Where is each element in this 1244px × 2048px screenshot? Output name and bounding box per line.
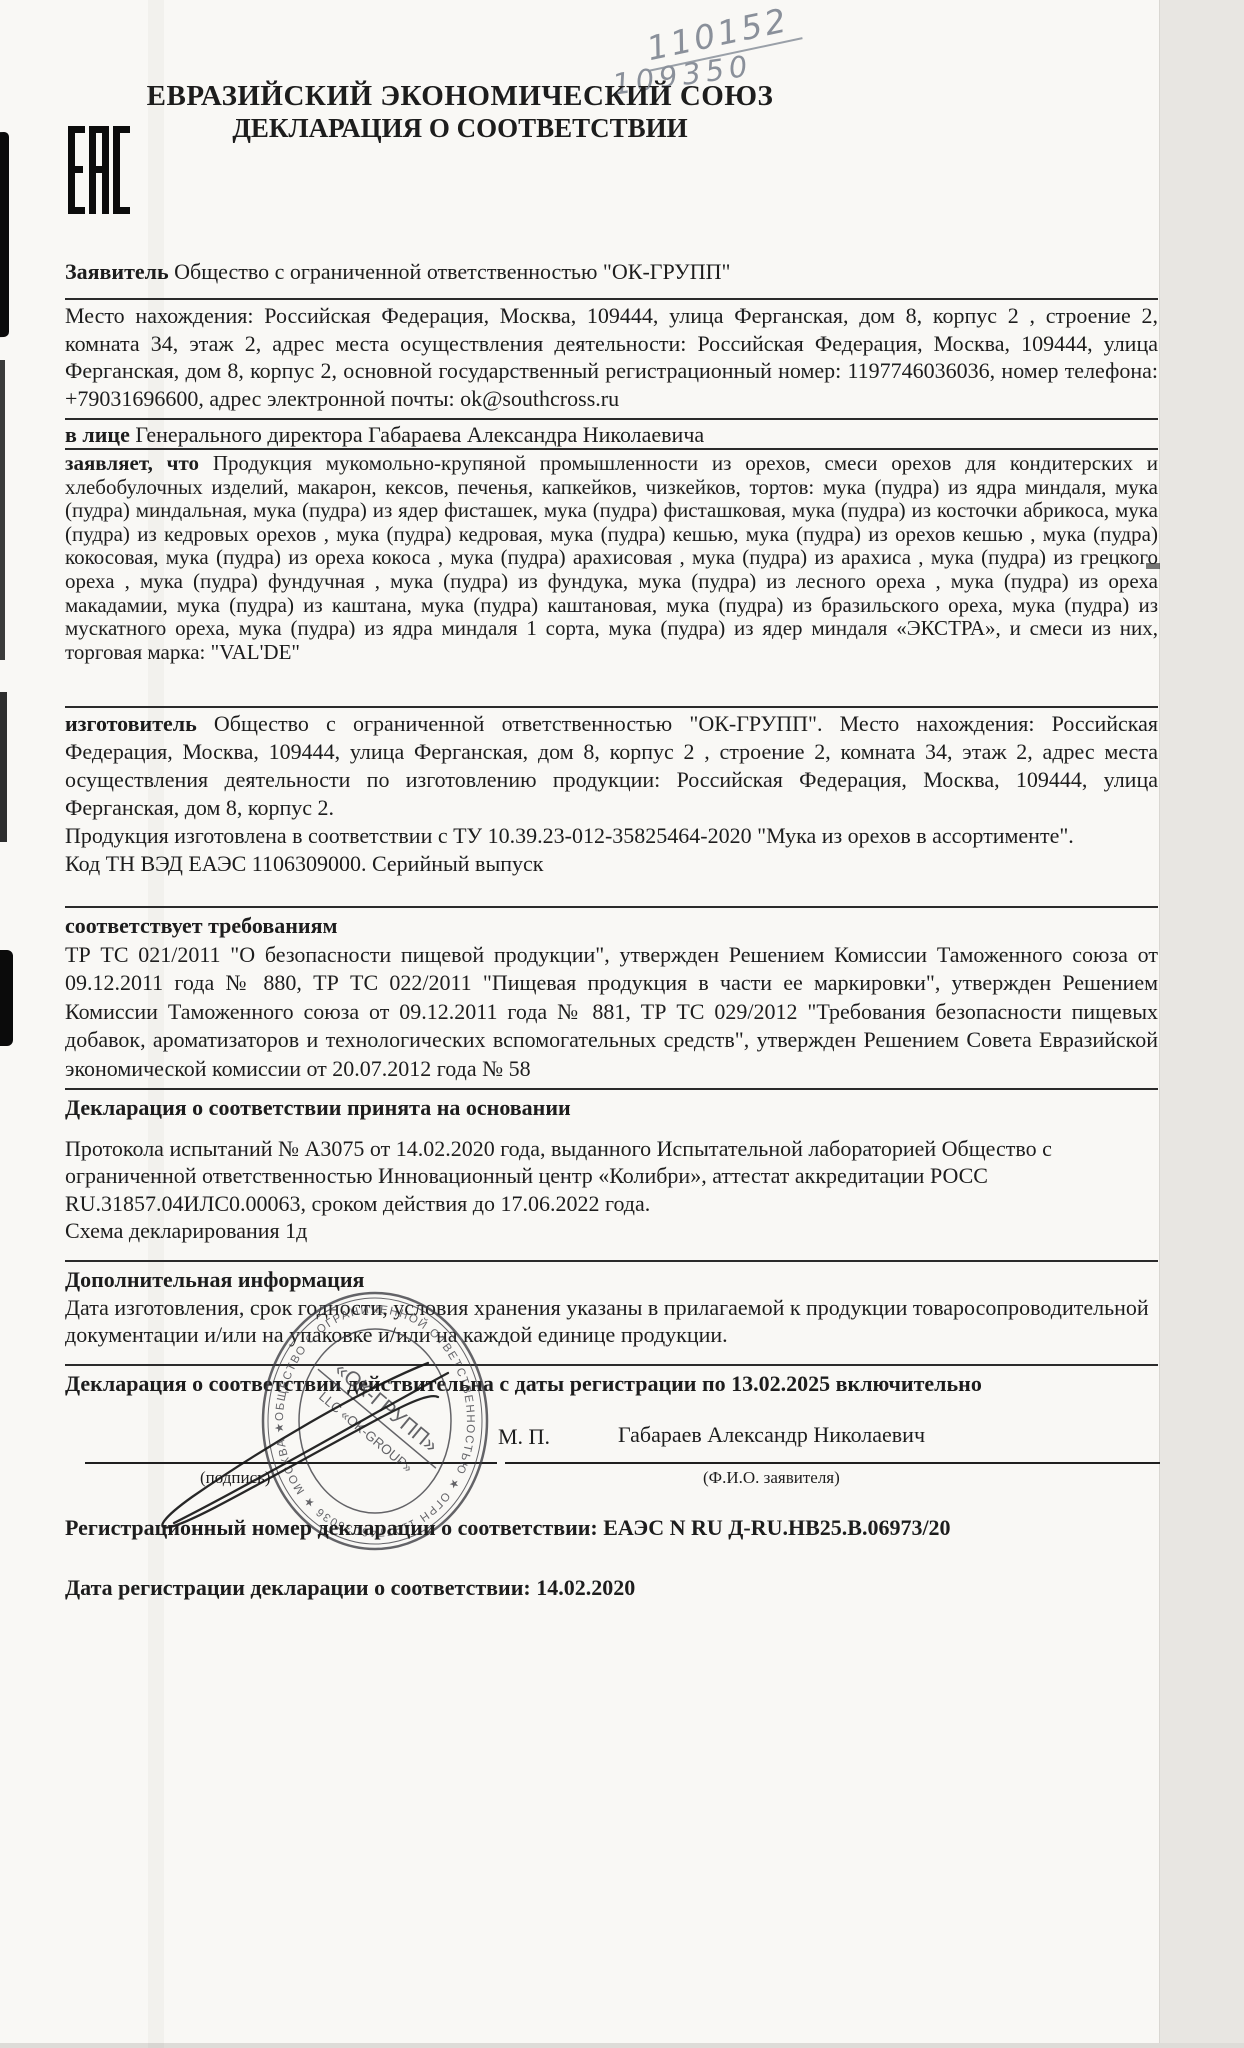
eac-logo — [68, 126, 130, 214]
registration-block: Регистрационный номер декларации о соотв… — [65, 1514, 1158, 1601]
section-applicant: Заявитель Общество с ограниченной ответс… — [65, 258, 1158, 300]
scan-edge-strip — [1159, 0, 1244, 2048]
title-line-1: ЕВРАЗИЙСКИЙ ЭКОНОМИЧЕСКИЙ СОЮЗ — [65, 80, 855, 113]
additional-heading: Дополнительная информация — [65, 1266, 1158, 1294]
scan-bottom-edge — [0, 2043, 1244, 2048]
declares-line: заявляет, что Продукция мукомольно-крупя… — [65, 452, 1158, 664]
declares-label: заявляет, что — [65, 451, 199, 475]
title-line-2: ДЕКЛАРАЦИЯ О СООТВЕТСТВИИ — [65, 113, 855, 144]
scheme-text: Схема декларирования 1д — [65, 1217, 1158, 1245]
in-person-line: в лице Генерального директора Габараева … — [65, 421, 1158, 449]
basis-heading: Декларация о соответствии принята на осн… — [65, 1094, 1158, 1122]
tu-text: Продукция изготовлена в соответствии с Т… — [65, 822, 1158, 850]
section-declares: заявляет, что Продукция мукомольно-крупя… — [65, 452, 1158, 708]
complies-text: ТР ТС 021/2011 "О безопасности пищевой п… — [65, 941, 1158, 1084]
name-caption: (Ф.И.О. заявителя) — [703, 1468, 840, 1488]
tnved-text: Код ТН ВЭД ЕАЭС 1106309000. Серийный вып… — [65, 850, 1158, 878]
manufacturer-line: изготовитель Общество с ограниченной отв… — [65, 710, 1158, 822]
complies-heading: соответствует требованиям — [65, 912, 1158, 941]
in-person-label: в лице — [65, 422, 130, 447]
scan-artifact-left-1 — [0, 132, 9, 337]
section-address: Место нахождения: Российская Федерация, … — [65, 302, 1158, 420]
section-basis: Декларация о соответствии принята на осн… — [65, 1094, 1158, 1262]
scan-artifact-left-4 — [0, 950, 13, 1046]
scan-artifact-left-2 — [0, 360, 5, 660]
in-person-value: Генерального директора Габараева Алексан… — [135, 422, 704, 447]
scan-artifact-left-3 — [0, 692, 7, 842]
document-scan-page: 110152 109350 ЕВРАЗИЙСКИЙ ЭКОНОМИЧЕСКИЙ … — [0, 0, 1244, 2048]
applicant-label: Заявитель — [65, 259, 169, 284]
name-line — [505, 1462, 1160, 1464]
address-text: Место нахождения: Российская Федерация, … — [65, 302, 1158, 412]
declares-value: Продукция мукомольно-крупяной промышленн… — [65, 451, 1158, 664]
registration-number-line: Регистрационный номер декларации о соотв… — [65, 1514, 1158, 1541]
applicant-value: Общество с ограниченной ответственностью… — [174, 259, 730, 284]
document-header: ЕВРАЗИЙСКИЙ ЭКОНОМИЧЕСКИЙ СОЮЗ ДЕКЛАРАЦИ… — [65, 80, 855, 144]
section-manufacturer: изготовитель Общество с ограниченной отв… — [65, 710, 1158, 908]
section-in-person: в лице Генерального директора Габараева … — [65, 421, 1158, 450]
manufacturer-label: изготовитель — [65, 711, 197, 736]
basis-text: Протокола испытаний № А3075 от 14.02.202… — [65, 1135, 1158, 1218]
applicant-name: Габараев Александр Николаевич — [618, 1422, 925, 1448]
manufacturer-value: Общество с ограниченной ответственностью… — [65, 711, 1158, 820]
registration-date-line: Дата регистрации декларации о соответств… — [65, 1574, 1158, 1601]
applicant-line: Заявитель Общество с ограниченной ответс… — [65, 258, 1158, 286]
mp-label: М. П. — [498, 1424, 550, 1450]
pen-signature — [130, 1335, 490, 1535]
section-complies: соответствует требованиям ТР ТС 021/2011… — [65, 912, 1158, 1090]
